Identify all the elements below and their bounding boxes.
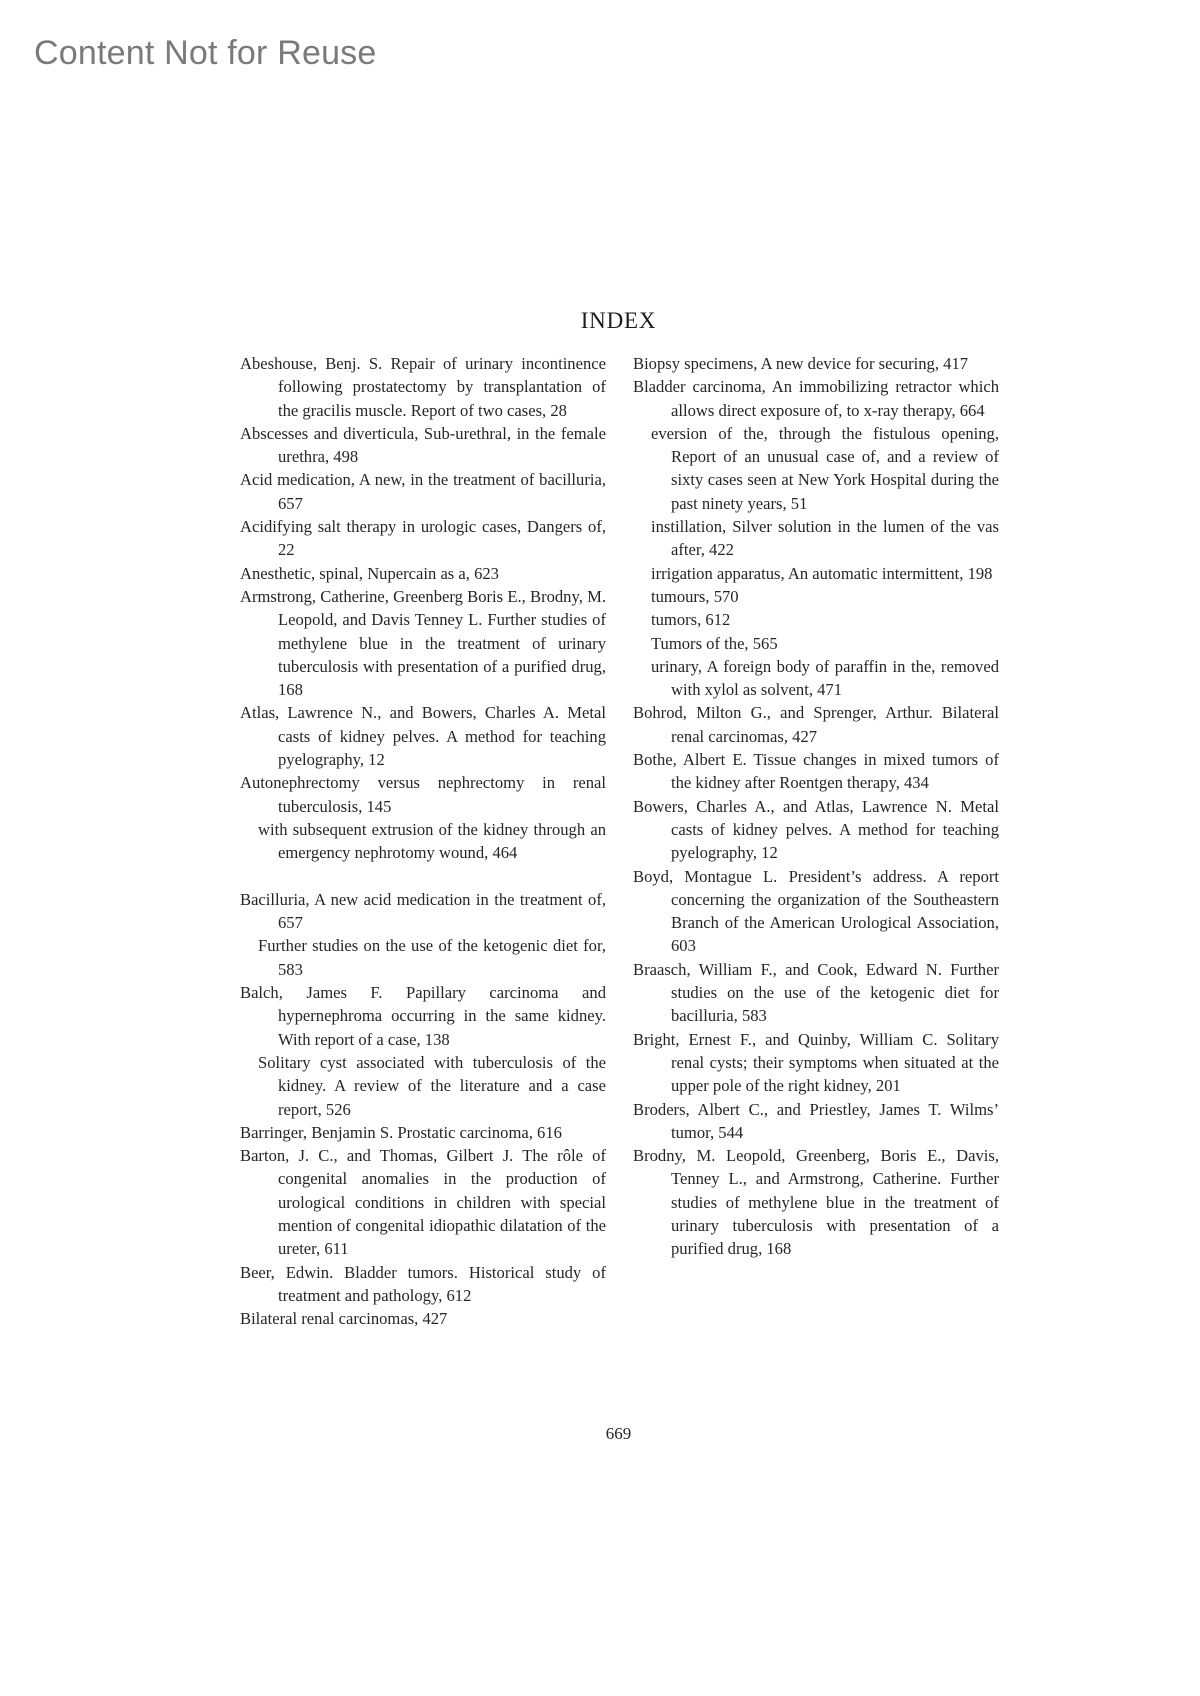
index-entry: Barringer, Benjamin S. Prostatic carcino… — [240, 1121, 606, 1144]
page-number: 669 — [0, 1424, 1200, 1444]
watermark: Content Not for Reuse — [34, 34, 377, 73]
index-subentry: Tumors of the, 565 — [633, 632, 999, 655]
index-entry: Bacilluria, A new acid medication in the… — [240, 888, 606, 935]
index-subentry: Solitary cyst associated with tuberculos… — [240, 1051, 606, 1121]
index-entry: Balch, James F. Papillary carcinoma and … — [240, 981, 606, 1051]
index-column-right: Biopsy specimens, A new device for secur… — [633, 352, 999, 1261]
index-entry: Bilateral renal carcinomas, 427 — [240, 1307, 606, 1330]
index-entry: Abscesses and diverticula, Sub-urethral,… — [240, 422, 606, 469]
index-entry: Broders, Albert C., and Priestley, James… — [633, 1098, 999, 1145]
index-entry: Brodny, M. Leopold, Greenberg, Boris E.,… — [633, 1144, 999, 1260]
index-entry: Abeshouse, Benj. S. Repair of urinary in… — [240, 352, 606, 422]
index-entry: Acid medication, A new, in the treatment… — [240, 468, 606, 515]
index-entry: Bowers, Charles A., and Atlas, Lawrence … — [633, 795, 999, 865]
index-entry: Braasch, William F., and Cook, Edward N.… — [633, 958, 999, 1028]
index-entry: Boyd, Montague L. President’s address. A… — [633, 865, 999, 958]
index-subentry: Further studies on the use of the ketoge… — [240, 934, 606, 981]
page-title: INDEX — [0, 308, 1200, 334]
index-subentry: tumors, 612 — [633, 608, 999, 631]
index-entry: Armstrong, Catherine, Greenberg Boris E.… — [240, 585, 606, 701]
index-entry: Bright, Ernest F., and Quinby, William C… — [633, 1028, 999, 1098]
index-subentry: with subsequent extrusion of the kidney … — [240, 818, 606, 865]
index-entry: Autonephrectomy versus nephrectomy in re… — [240, 771, 606, 818]
index-subentry: irrigation apparatus, An automatic inter… — [633, 562, 999, 585]
index-subentry: eversion of the, through the fistulous o… — [633, 422, 999, 515]
section-gap — [240, 865, 606, 888]
index-entry: Biopsy specimens, A new device for secur… — [633, 352, 999, 375]
index-subentry: instillation, Silver solution in the lum… — [633, 515, 999, 562]
index-entry: Bladder carcinoma, An immobilizing retra… — [633, 375, 999, 422]
index-subentry: urinary, A foreign body of paraffin in t… — [633, 655, 999, 702]
index-subentry: tumours, 570 — [633, 585, 999, 608]
index-entry: Anesthetic, spinal, Nupercain as a, 623 — [240, 562, 606, 585]
index-entry: Acidifying salt therapy in urologic case… — [240, 515, 606, 562]
index-entry: Barton, J. C., and Thomas, Gilbert J. Th… — [240, 1144, 606, 1260]
index-entry: Bohrod, Milton G., and Sprenger, Arthur.… — [633, 701, 999, 748]
index-entry: Bothe, Albert E. Tissue changes in mixed… — [633, 748, 999, 795]
index-entry: Atlas, Lawrence N., and Bowers, Charles … — [240, 701, 606, 771]
index-entry: Beer, Edwin. Bladder tumors. Historical … — [240, 1261, 606, 1308]
index-column-left: Abeshouse, Benj. S. Repair of urinary in… — [240, 352, 606, 1330]
